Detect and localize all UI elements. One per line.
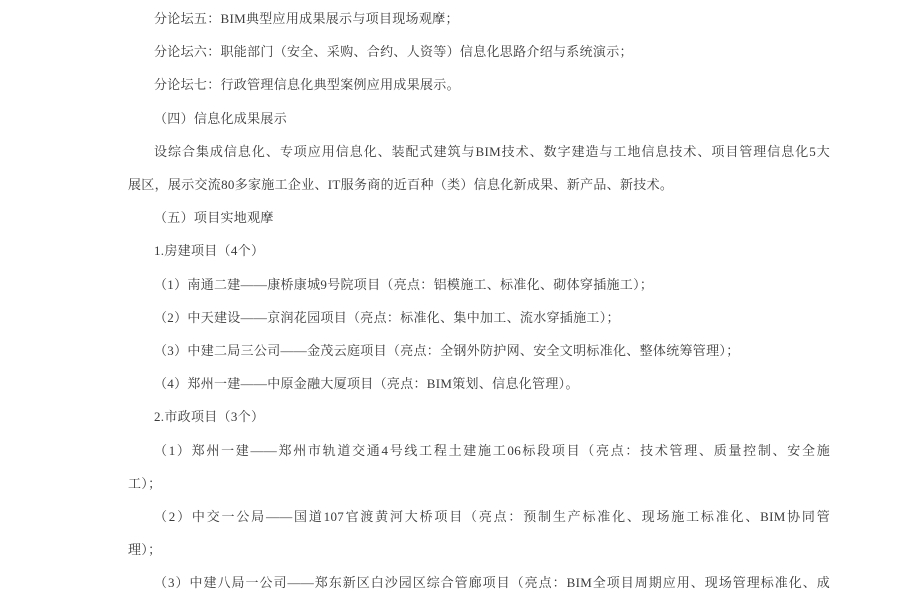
doc-line: （3）中建八局一公司——郑东新区白沙园区综合管廊项目（亮点：BIM全项目周期应用… bbox=[128, 566, 830, 592]
doc-line: 工）； bbox=[128, 467, 830, 500]
doc-line: （2）中交一公局——国道107官渡黄河大桥项目（亮点：预制生产标准化、现场施工标… bbox=[128, 500, 830, 533]
doc-line: 1.房建项目（4个） bbox=[128, 234, 830, 267]
doc-line: 分论坛六：职能部门（安全、采购、合约、人资等）信息化思路介绍与系统演示； bbox=[128, 35, 830, 68]
document-page: 分论坛五：BIM典型应用成果展示与项目现场观摩；分论坛六：职能部门（安全、采购、… bbox=[0, 0, 900, 592]
doc-line: （4）郑州一建——中原金融大厦项目（亮点：BIM策划、信息化管理）。 bbox=[128, 367, 830, 400]
doc-line: （五）项目实地观摩 bbox=[128, 201, 830, 234]
doc-line: 2.市政项目（3个） bbox=[128, 400, 830, 433]
doc-line: （1）郑州一建——郑州市轨道交通4号线工程土建施工06标段项目（亮点：技术管理、… bbox=[128, 434, 830, 467]
doc-line: 分论坛五：BIM典型应用成果展示与项目现场观摩； bbox=[128, 2, 830, 35]
doc-line: 展区，展示交流80多家施工企业、IT服务商的近百种（类）信息化新成果、新产品、新… bbox=[128, 168, 830, 201]
doc-line: 设综合集成信息化、专项应用信息化、装配式建筑与BIM技术、数字建造与工地信息技术… bbox=[128, 135, 830, 168]
document-body: 分论坛五：BIM典型应用成果展示与项目现场观摩；分论坛六：职能部门（安全、采购、… bbox=[128, 2, 830, 592]
doc-line: （1）南通二建——康桥康城9号院项目（亮点：铝模施工、标准化、砌体穿插施工）； bbox=[128, 268, 830, 301]
doc-line: 理）； bbox=[128, 533, 830, 566]
doc-line: （四）信息化成果展示 bbox=[128, 102, 830, 135]
doc-line: （3）中建二局三公司——金茂云庭项目（亮点：全钢外防护网、安全文明标准化、整体统… bbox=[128, 334, 830, 367]
doc-line: 分论坛七：行政管理信息化典型案例应用成果展示。 bbox=[128, 68, 830, 101]
doc-line: （2）中天建设——京润花园项目（亮点：标准化、集中加工、流水穿插施工）； bbox=[128, 301, 830, 334]
